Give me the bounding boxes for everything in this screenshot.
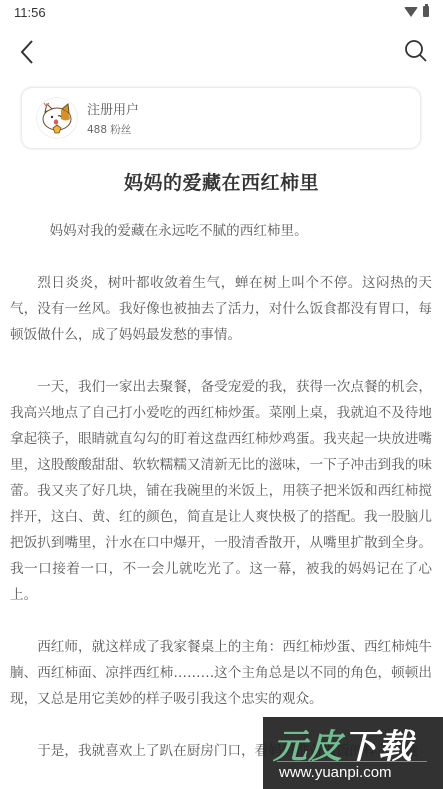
article-paragraph: 烈日炎炎，树叶都收敛着生气，蝉在树上叫个不停。这闷热的天气，没有一丝风。我好像也… xyxy=(10,270,432,348)
wifi-icon xyxy=(404,7,418,17)
author-name[interactable]: 注册用户 xyxy=(87,99,139,118)
watermark-divider xyxy=(277,761,427,762)
status-bar: 11:56 xyxy=(0,0,443,26)
article-paragraph: 一天，我们一家出去聚餐，备受宠爱的我，获得一次点餐的机会，我高兴地点了自己打小爱… xyxy=(10,374,432,608)
article-title: 妈妈的爱藏在西红柿里 xyxy=(0,168,443,195)
app-bar xyxy=(0,30,443,74)
search-button[interactable] xyxy=(401,36,431,66)
watermark: 元皮下载 www.yuanpi.com xyxy=(263,717,443,789)
chevron-left-icon xyxy=(14,34,44,68)
avatar[interactable] xyxy=(36,97,78,139)
article-paragraph: 西红师，就这样成了我家餐桌上的主角：西红柿炒蛋、西红柿炖牛腩、西红柿面、凉拌西红… xyxy=(10,634,432,712)
article-body: 妈妈对我的爱藏在永远吃不腻的西红柿里。 烈日炎炎，树叶都收敛着生气，蝉在树上叫个… xyxy=(10,218,432,789)
article-paragraph: 妈妈对我的爱藏在永远吃不腻的西红柿里。 xyxy=(10,218,432,244)
back-button[interactable] xyxy=(14,34,44,68)
cat-avatar-icon xyxy=(36,97,78,139)
watermark-url: www.yuanpi.com xyxy=(279,764,392,781)
author-card[interactable]: 注册用户 488 粉丝 xyxy=(22,88,420,148)
battery-icon xyxy=(423,6,429,17)
status-time: 11:56 xyxy=(14,5,46,20)
status-icons xyxy=(404,6,429,17)
author-fans-count: 488 粉丝 xyxy=(87,122,131,137)
search-icon xyxy=(401,36,431,66)
